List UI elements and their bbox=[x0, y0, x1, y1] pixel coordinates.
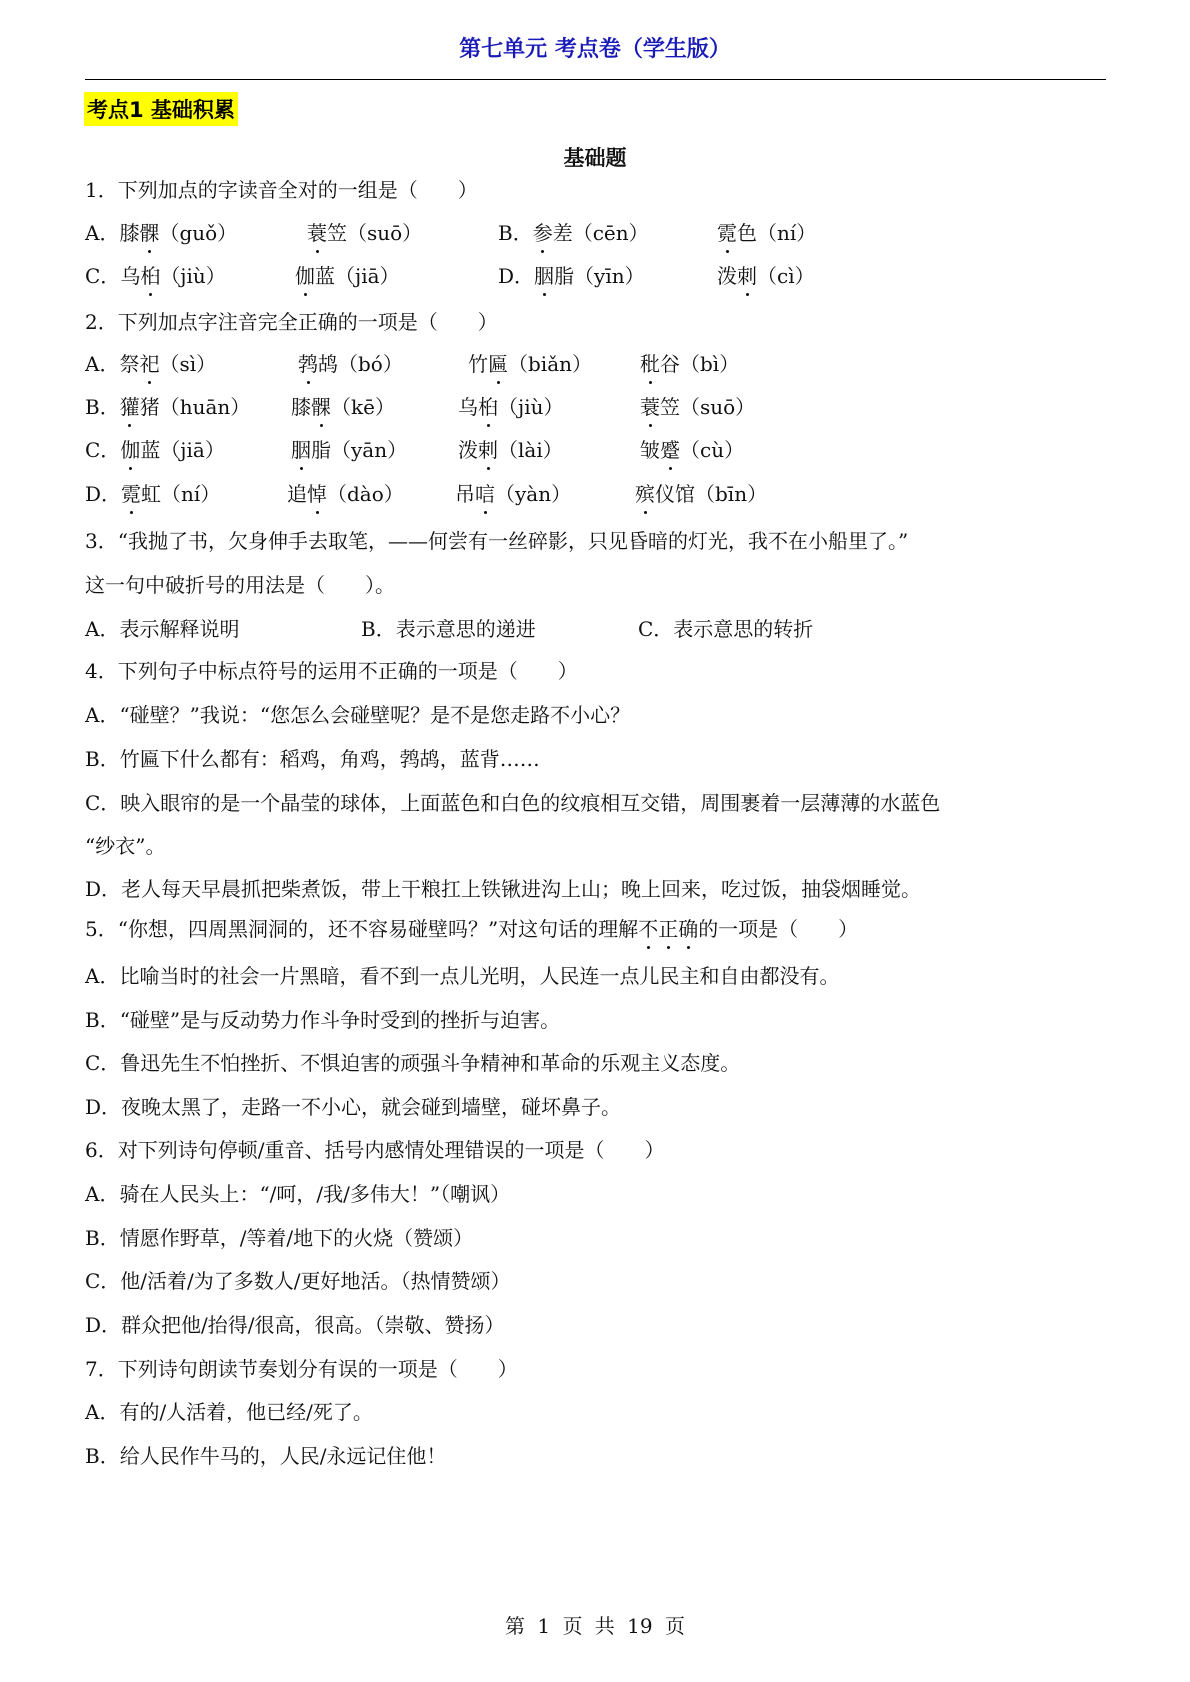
dotted-char: 霓 bbox=[121, 480, 141, 508]
option-c: C．表示意思的转折 bbox=[638, 615, 813, 643]
pinyin: （bó） bbox=[338, 352, 403, 376]
char: 泼 bbox=[717, 264, 737, 288]
dotted-char: 秕 bbox=[640, 350, 660, 378]
pinyin: （yān） bbox=[331, 438, 407, 462]
char: 差 bbox=[553, 221, 573, 245]
question-6-option-d: D．群众把他/抬得/很高，很高。（崇敬、赞扬） bbox=[85, 1311, 505, 1339]
question-2-option-d: D．霓虹（ní） 追悼（dào） 吊唁（yàn） 殡仪馆（bīn） bbox=[85, 480, 1105, 508]
char: 谷 bbox=[660, 352, 680, 376]
char: 脂 bbox=[554, 264, 574, 288]
page-header-title: 第七单元 考点卷（学生版） bbox=[0, 32, 1190, 63]
option-label: B． bbox=[498, 221, 533, 245]
question-2-option-b: B．獾猪（huān） 膝髁（kē） 乌桕（jiù） 蓑笠（suō） bbox=[85, 393, 1105, 421]
dotted-char: 蓑 bbox=[307, 219, 327, 247]
emphasis-char: 不 bbox=[638, 915, 658, 943]
option-label: A． bbox=[85, 221, 119, 245]
option-b: B．表示意思的递进 bbox=[361, 615, 536, 643]
char: 追 bbox=[287, 482, 307, 506]
question-4-option-b: B．竹匾下什么都有：稻鸡，角鸡，鹁鸪，蓝背…… bbox=[85, 745, 540, 773]
question-3-stem-line-2: 这一句中破折号的用法是（ ）。 bbox=[85, 571, 395, 599]
pinyin: （huān） bbox=[160, 395, 251, 419]
stem-text: 5．“你想，四周黑洞洞的，还不容易碰壁吗？”对这句话的理解 bbox=[85, 917, 638, 941]
dotted-char: 蹙 bbox=[660, 436, 680, 464]
question-5-stem: 5．“你想，四周黑洞洞的，还不容易碰壁吗？”对这句话的理解不正确的一项是（ ） bbox=[85, 915, 858, 943]
pinyin: （ní） bbox=[161, 482, 220, 506]
pinyin: （jiā） bbox=[160, 438, 225, 462]
pinyin: （bì） bbox=[680, 352, 739, 376]
dotted-char: 髁 bbox=[139, 219, 159, 247]
pinyin: （cēn） bbox=[573, 221, 649, 245]
question-6-stem: 6．对下列诗句停顿/重音、括号内感情处理错误的一项是（ ） bbox=[85, 1136, 664, 1164]
char: 祭 bbox=[119, 352, 139, 376]
option-label: D． bbox=[498, 264, 534, 288]
char: 膝 bbox=[119, 221, 139, 245]
dotted-char: 胭 bbox=[291, 436, 311, 464]
pinyin: （lài） bbox=[498, 438, 563, 462]
pinyin: （kē） bbox=[331, 395, 395, 419]
page-number-footer: 第 1 页 共 19 页 bbox=[0, 1610, 1190, 1639]
char: 蓝 bbox=[140, 438, 160, 462]
stem-text: 的一项是（ ） bbox=[698, 917, 858, 941]
char: 泼 bbox=[458, 438, 478, 462]
char: 乌 bbox=[458, 395, 478, 419]
dotted-char: 霓 bbox=[717, 219, 737, 247]
question-5-option-c: C．鲁迅先生不怕挫折、不惧迫害的顽强斗争精神和革命的乐观主义态度。 bbox=[85, 1049, 740, 1077]
question-4-option-c-line-2: “纱衣”。 bbox=[85, 832, 165, 860]
section-subtitle: 基础题 bbox=[0, 142, 1190, 172]
question-4-option-a: A．“碰壁？”我说：“您怎么会碰壁呢？是不是您走路不小心？ bbox=[85, 701, 630, 729]
question-6-option-a: A．骑在人民头上：“/呵，/我/多伟大！”（嘲讽） bbox=[85, 1180, 510, 1208]
option-label: C． bbox=[85, 264, 120, 288]
question-1-options-row-2: C．乌桕（jiù） 伽蓝（jiā） D．胭脂（yīn） 泼刺（cì） bbox=[85, 262, 1105, 290]
dotted-char: 祀 bbox=[139, 350, 159, 378]
dotted-char: 参 bbox=[533, 219, 553, 247]
question-6-option-b: B．情愿作野草，/等着/地下的火烧（赞颂） bbox=[85, 1224, 473, 1252]
emphasis-char: 正 bbox=[658, 915, 678, 943]
question-2-option-c: C．伽蓝（jiā） 胭脂（yān） 泼剌（lài） 皱蹙（cù） bbox=[85, 436, 1105, 464]
dotted-char: 桕 bbox=[478, 393, 498, 421]
dotted-char: 殡 bbox=[635, 480, 655, 508]
pinyin: （sì） bbox=[159, 352, 216, 376]
pinyin: （cù） bbox=[680, 438, 744, 462]
char: 膝 bbox=[291, 395, 311, 419]
dotted-char: 鹁 bbox=[298, 350, 318, 378]
question-6-option-c: C．他/活着/为了多数人/更好地活。（热情赞颂） bbox=[85, 1267, 511, 1295]
question-3-options: A．表示解释说明 B．表示意思的递进 C．表示意思的转折 bbox=[85, 615, 1105, 643]
dotted-char: 伽 bbox=[120, 436, 140, 464]
dotted-char: 伽 bbox=[295, 262, 315, 290]
char: 乌 bbox=[120, 264, 140, 288]
question-7-option-b: B．给人民作牛马的，人民/永远记住他！ bbox=[85, 1442, 446, 1470]
question-5-option-d: D．夜晚太黑了，走路一不小心，就会碰到墙壁，碰坏鼻子。 bbox=[85, 1093, 621, 1121]
dotted-char: 唁 bbox=[475, 480, 495, 508]
pinyin: （suō） bbox=[680, 395, 755, 419]
pinyin: （jiā） bbox=[335, 264, 400, 288]
char: 猪 bbox=[140, 395, 160, 419]
pinyin: （jiù） bbox=[160, 264, 225, 288]
dotted-char: 桕 bbox=[140, 262, 160, 290]
option-label: C． bbox=[85, 438, 120, 462]
char: 鸪 bbox=[318, 352, 338, 376]
question-2-option-a: A．祭祀（sì） 鹁鸪（bó） 竹匾（biǎn） 秕谷（bì） bbox=[85, 350, 1105, 378]
dotted-char: 髁 bbox=[311, 393, 331, 421]
option-a: A．表示解释说明 bbox=[85, 615, 239, 643]
dotted-char: 剌 bbox=[478, 436, 498, 464]
question-4-option-c-line-1: C．映入眼帘的是一个晶莹的球体，上面蓝色和白色的纹痕相互交错，周围裹着一层薄薄的… bbox=[85, 789, 940, 817]
question-5-option-b: B．“碰壁”是与反动势力作斗争时受到的挫折与迫害。 bbox=[85, 1006, 560, 1034]
char: 脂 bbox=[311, 438, 331, 462]
dotted-char: 蓑 bbox=[640, 393, 660, 421]
char: 吊 bbox=[455, 482, 475, 506]
pinyin: （bīn） bbox=[695, 482, 767, 506]
question-3-stem-line-1: 3．“我抛了书，欠身伸手去取笔，——何尝有一丝碎影，只见昏暗的灯光，我不在小船里… bbox=[85, 527, 908, 555]
char: 仪馆 bbox=[655, 482, 695, 506]
pinyin: （biǎn） bbox=[508, 352, 592, 376]
question-7-option-a: A．有的/人活着，他已经/死了。 bbox=[85, 1398, 373, 1426]
pinyin: （suō） bbox=[347, 221, 422, 245]
pinyin: （cì） bbox=[757, 264, 815, 288]
header-divider bbox=[85, 79, 1106, 80]
pinyin: （yīn） bbox=[574, 264, 645, 288]
dotted-char: 悼 bbox=[307, 480, 327, 508]
char: 皱 bbox=[640, 438, 660, 462]
question-4-option-d: D．老人每天早晨抓把柴煮饭，带上干粮扛上铁锹进沟上山；晚上回来，吃过饭，抽袋烟睡… bbox=[85, 875, 921, 903]
question-2-stem: 2．下列加点字注音完全正确的一项是（ ） bbox=[85, 308, 498, 336]
section-tag: 考点1 基础积累 bbox=[84, 92, 238, 126]
pinyin: （yàn） bbox=[495, 482, 571, 506]
pinyin: （jiù） bbox=[498, 395, 563, 419]
pinyin: （ní） bbox=[757, 221, 816, 245]
option-label: D． bbox=[85, 482, 121, 506]
question-4-stem: 4．下列句子中标点符号的运用不正确的一项是（ ） bbox=[85, 657, 578, 685]
dotted-char: 刺 bbox=[737, 262, 757, 290]
char: 色 bbox=[737, 221, 757, 245]
emphasis-char: 确 bbox=[678, 915, 698, 943]
char: 笠 bbox=[660, 395, 680, 419]
char: 笠 bbox=[327, 221, 347, 245]
question-1-options-row-1: A．膝髁（guǒ） 蓑笠（suō） B．参差（cēn） 霓色（ní） bbox=[85, 219, 1105, 247]
question-1-stem: 1．下列加点的字读音全对的一组是（ ） bbox=[85, 176, 478, 204]
pinyin: （dào） bbox=[327, 482, 404, 506]
option-label: B． bbox=[85, 395, 120, 419]
option-label: A． bbox=[85, 352, 119, 376]
char: 竹 bbox=[468, 352, 488, 376]
dotted-char: 獾 bbox=[120, 393, 140, 421]
char: 蓝 bbox=[315, 264, 335, 288]
question-5-option-a: A．比喻当时的社会一片黑暗，看不到一点儿光明，人民连一点儿民主和自由都没有。 bbox=[85, 962, 839, 990]
dotted-char: 胭 bbox=[534, 262, 554, 290]
dotted-char: 匾 bbox=[488, 350, 508, 378]
pinyin: （guǒ） bbox=[159, 221, 237, 245]
char: 虹 bbox=[141, 482, 161, 506]
question-7-stem: 7．下列诗句朗读节奏划分有误的一项是（ ） bbox=[85, 1355, 518, 1383]
